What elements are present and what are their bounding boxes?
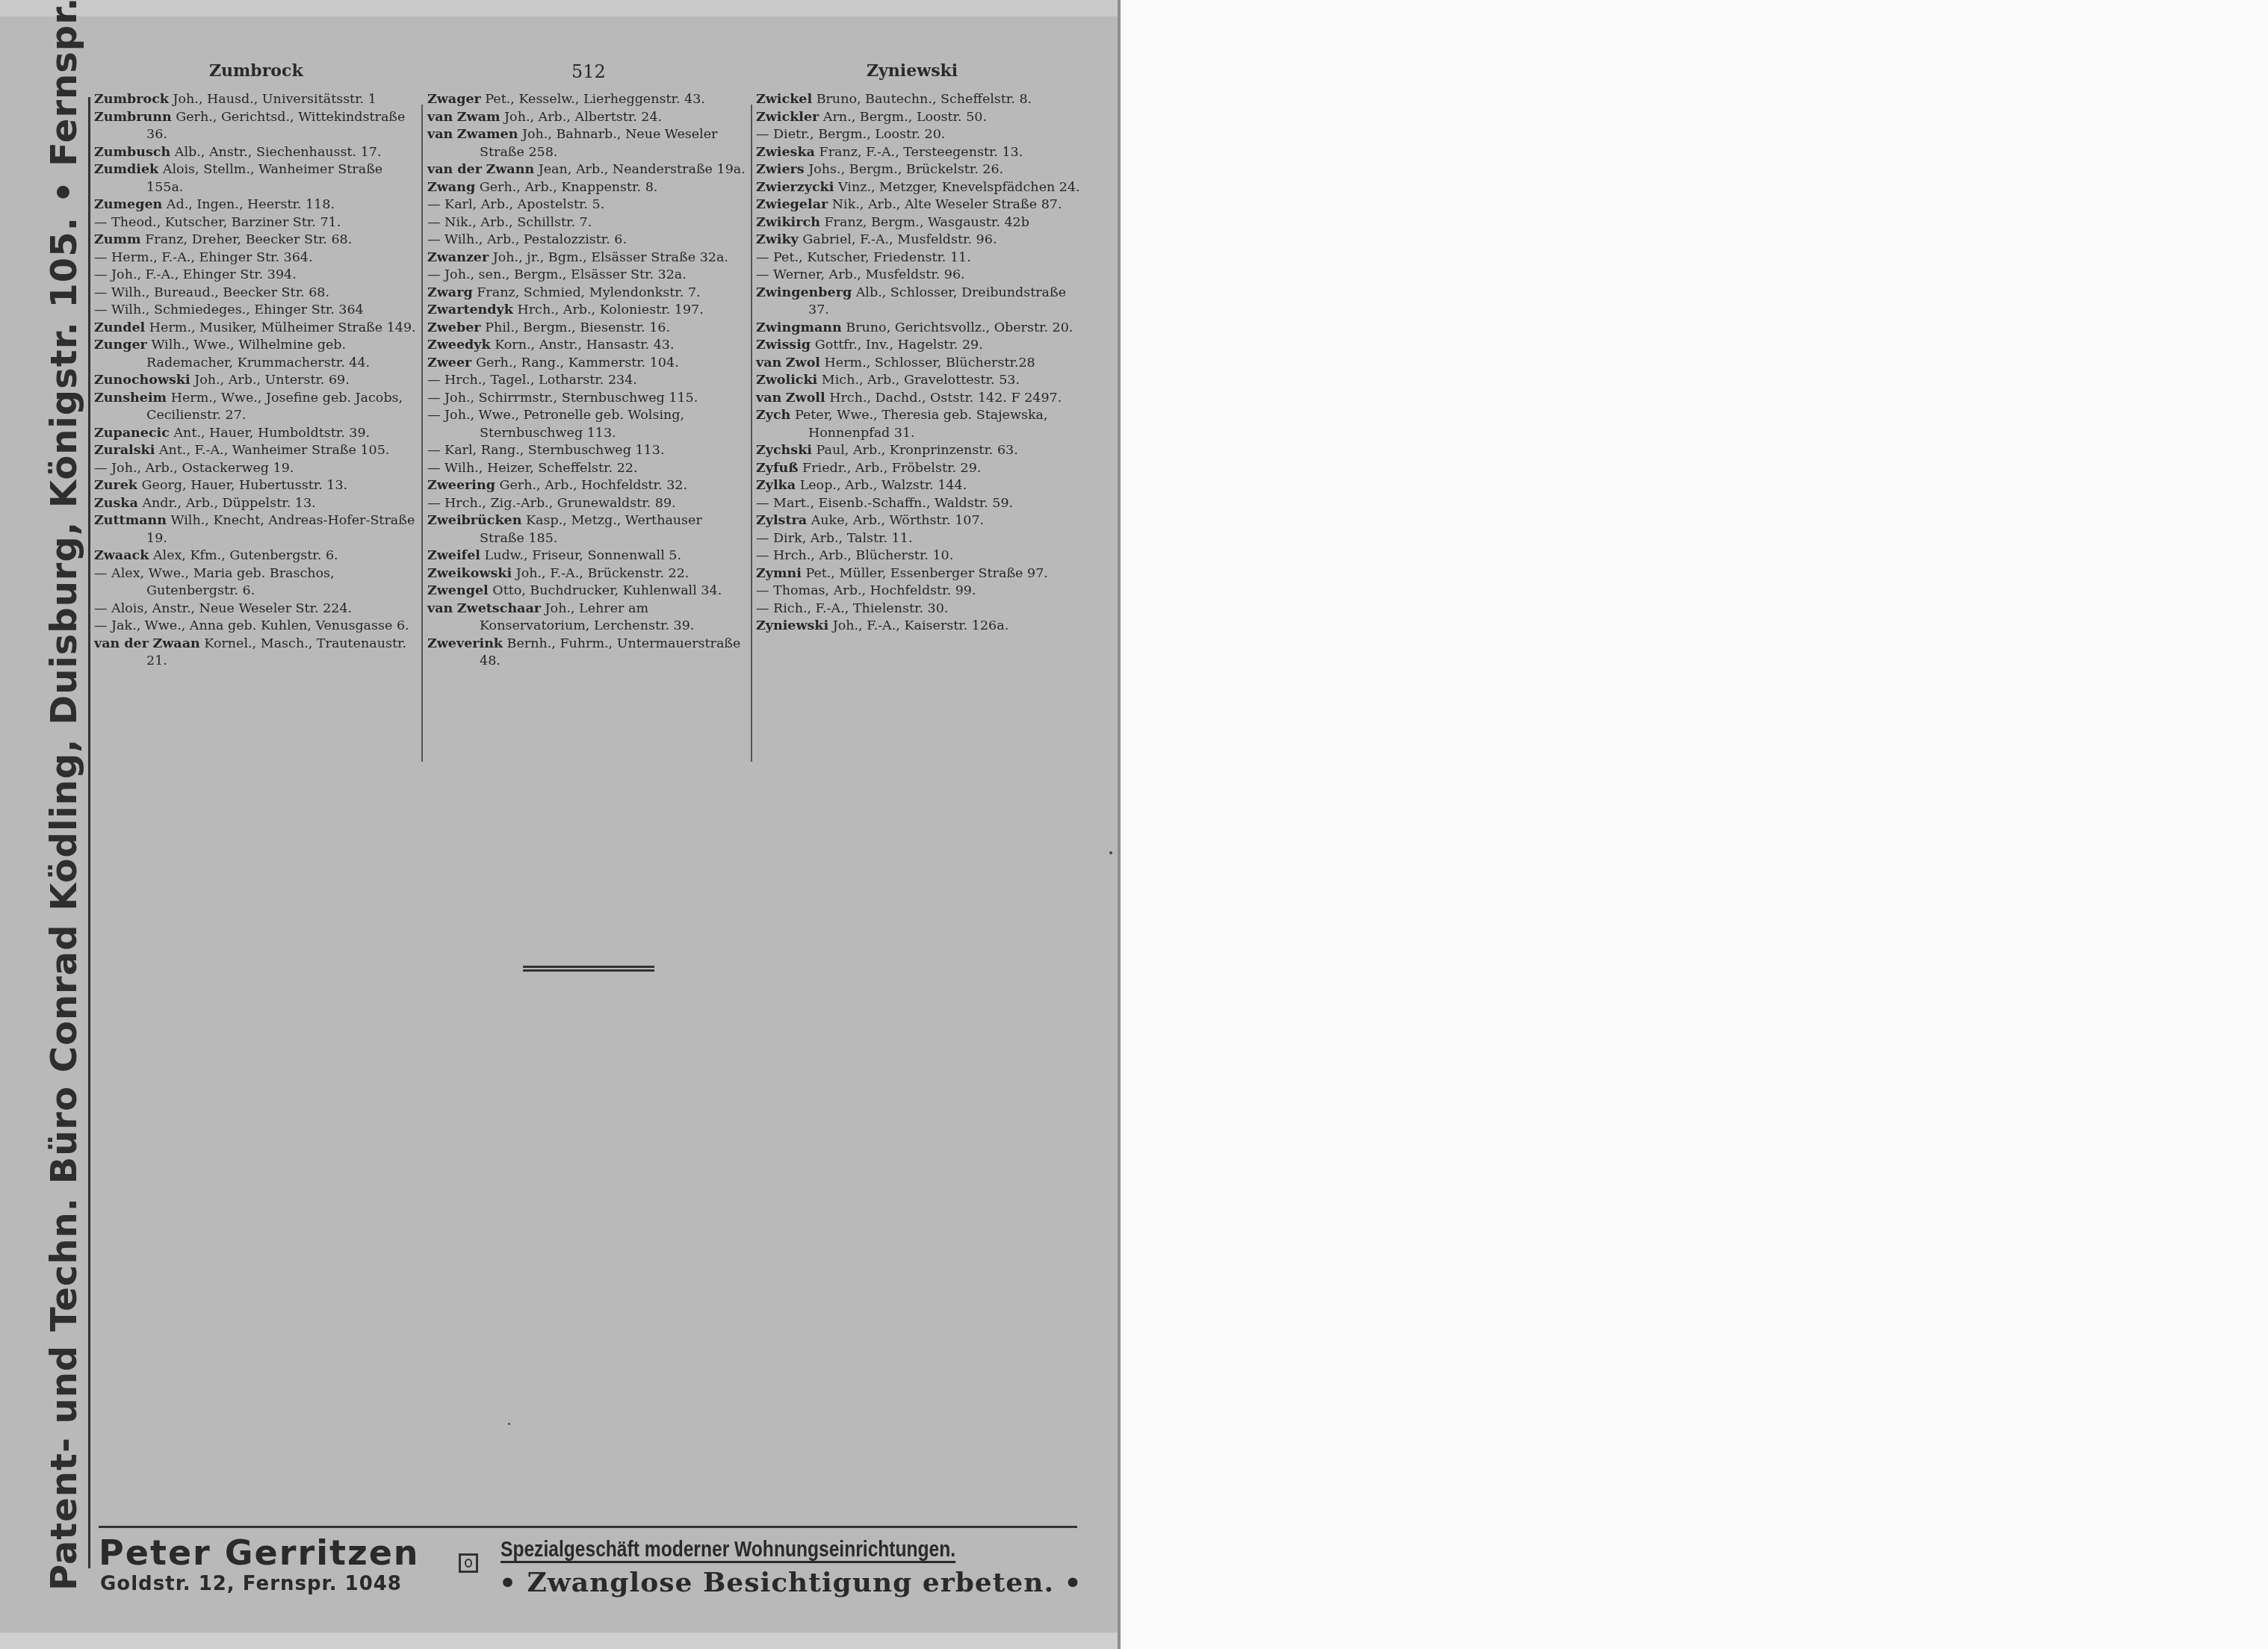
surname: Zumbrunn	[94, 110, 172, 125]
directory-entry: Zwierzycki Vinz., Metzger, Knevelspfädch…	[756, 179, 1085, 197]
advert-address: Goldstr. 12, Fernspr. 1048	[100, 1573, 402, 1595]
surname: Zumbrock	[94, 92, 169, 107]
directory-entry: Zychski Paul, Arb., Kronprinzenstr. 63.	[756, 442, 1085, 460]
surname: Zuralski	[94, 443, 155, 458]
entry-details: Wilh., Knecht, Andreas-Hofer-Straße 19.	[146, 513, 415, 546]
directory-entry: — Hrch., Tagel., Lotharstr. 234.	[427, 372, 749, 390]
entry-details: Georg, Hauer, Hubertusstr. 13.	[142, 478, 348, 493]
entry-details: Pet., Müller, Essenberger Straße 97.	[805, 566, 1047, 581]
entry-details: Pet., Kutscher, Friedenstr. 11.	[773, 250, 971, 265]
entry-details: Joh., Hausd., Universitätsstr. 1	[173, 92, 377, 107]
directory-entry: Zwager Pet., Kesselw., Lierheggenstr. 43…	[427, 91, 749, 109]
directory-entry: — Alois, Anstr., Neue Weseler Str. 224.	[94, 600, 423, 618]
entry-details: Wilh., Bureaud., Beecker Str. 68.	[111, 285, 329, 300]
entry-details: Joh., Arb., Ostackerweg 19.	[111, 461, 294, 476]
directory-entry: Zunger Wilh., Wwe., Wilhelmine geb. Rade…	[94, 337, 423, 372]
surname: Zwiky	[756, 232, 799, 247]
entry-details: Joh., Wwe., Petronelle geb. Wolsing, Ste…	[444, 408, 684, 441]
entry-details: Wilh., Schmiedeges., Ehinger Str. 364	[111, 302, 364, 317]
ditto-dash: —	[94, 302, 108, 317]
entry-details: Dietr., Bergm., Loostr. 20.	[773, 127, 945, 142]
surname: Zych	[756, 408, 790, 423]
directory-entry: Zylstra Auke, Arb., Wörthstr. 107.	[756, 512, 1085, 530]
surname: Zweering	[427, 478, 495, 493]
entry-details: Gerh., Arb., Hochfeldstr. 32.	[500, 478, 687, 493]
ditto-dash: —	[94, 250, 108, 265]
surname: Zylka	[756, 478, 796, 493]
directory-entry: Zweverink Bernh., Fuhrm., Untermauerstra…	[427, 636, 749, 671]
directory-entry: — Dirk, Arb., Talstr. 11.	[756, 530, 1085, 548]
directory-entry: van der Zwann Jean, Arb., Neanderstraße …	[427, 161, 749, 179]
directory-entry: — Jak., Wwe., Anna geb. Kuhlen, Venusgas…	[94, 618, 423, 636]
ditto-dash: —	[94, 566, 108, 581]
entry-details: Franz, Bergm., Wasgaustr. 42b	[824, 215, 1029, 230]
surname: Zwaan	[153, 636, 200, 651]
directory-entry: Zweibrücken Kasp., Metzg., Werthauser St…	[427, 512, 749, 547]
entry-details: Franz, Schmied, Mylendonkstr. 7.	[477, 285, 700, 300]
directory-entry: — Karl, Rang., Sternbuschweg 113.	[427, 442, 749, 460]
ditto-dash: —	[427, 496, 441, 511]
entry-details: Werner, Arb., Musfeldstr. 96.	[773, 267, 965, 282]
entry-details: Paul, Arb., Kronprinzenstr. 63.	[817, 443, 1018, 458]
directory-entry: — Rich., F.-A., Thielenstr. 30.	[756, 600, 1085, 618]
directory-entry: — Wilh., Bureaud., Beecker Str. 68.	[94, 285, 423, 302]
entry-details: Hrch., Arb., Koloniestr. 197.	[517, 302, 703, 317]
page-top-edge	[0, 0, 1118, 16]
directory-entry: — Werner, Arb., Musfeldstr. 96.	[756, 267, 1085, 285]
directory-entry: Zumbrunn Gerh., Gerichtsd., Wittekindstr…	[94, 109, 423, 144]
entry-details: Ludw., Friseur, Sonnenwall 5.	[485, 548, 682, 563]
entry-details: Jak., Wwe., Anna geb. Kuhlen, Venusgasse…	[111, 618, 409, 633]
ditto-dash: —	[756, 548, 769, 563]
entry-details: Herm., Musiker, Mülheimer Straße 149.	[149, 320, 416, 335]
directory-column-2: Zwager Pet., Kesselw., Lierheggenstr. 43…	[427, 91, 749, 671]
directory-entry: Zweer Gerh., Rang., Kammerstr. 104.	[427, 355, 749, 373]
directory-entry: — Wilh., Schmiedeges., Ehinger Str. 364	[94, 302, 423, 320]
entry-details: Joh., jr., Bgm., Elsässer Straße 32a.	[493, 250, 728, 265]
running-head-left: Zumbrock	[209, 61, 303, 81]
directory-entry: van Zwol Herm., Schlosser, Blücherstr.28	[756, 355, 1085, 373]
directory-entry: — Wilh., Arb., Pestalozzistr. 6.	[427, 232, 749, 249]
directory-entry: — Wilh., Heizer, Scheffelstr. 22.	[427, 460, 749, 478]
directory-entry: Zuska Andr., Arb., Düppelstr. 13.	[94, 495, 423, 513]
directory-entry: Zweber Phil., Bergm., Biesenstr. 16.	[427, 320, 749, 338]
directory-entry: Zwikirch Franz, Bergm., Wasgaustr. 42b	[756, 214, 1085, 232]
entry-details: Phil., Bergm., Biesenstr. 16.	[485, 320, 670, 335]
ditto-dash: —	[94, 601, 108, 616]
advert-company-name: Peter Gerritzen	[99, 1532, 420, 1573]
column-divider	[751, 105, 752, 762]
directory-entry: Zumdiek Alois, Stellm., Wanheimer Straße…	[94, 161, 423, 196]
advert-logo-icon	[459, 1553, 478, 1573]
directory-entry: Zyfuß Friedr., Arb., Fröbelstr. 29.	[756, 460, 1085, 478]
entry-details: Gottfr., Inv., Hagelstr. 29.	[815, 338, 983, 353]
directory-entry: — Thomas, Arb., Hochfeldstr. 99.	[756, 583, 1085, 600]
directory-entry: Zwickler Arn., Bergm., Loostr. 50.	[756, 109, 1085, 127]
ditto-dash: —	[427, 373, 441, 388]
directory-entry: — Dietr., Bergm., Loostr. 20.	[756, 126, 1085, 144]
directory-entry: Zwolicki Mich., Arb., Gravelottestr. 53.	[756, 372, 1085, 390]
directory-entry: Zuttmann Wilh., Knecht, Andreas-Hofer-St…	[94, 512, 423, 547]
directory-entry: van Zwam Joh., Arb., Albertstr. 24.	[427, 109, 749, 127]
directory-entry: — Alex, Wwe., Maria geb. Braschos, Guten…	[94, 565, 423, 600]
directory-entry: Zwengel Otto, Buchdrucker, Kuhlenwall 34…	[427, 583, 749, 600]
directory-entry: Zych Peter, Wwe., Theresia geb. Stajewsk…	[756, 407, 1085, 442]
ditto-dash: —	[427, 408, 441, 423]
directory-entry: — Joh., F.-A., Ehinger Str. 394.	[94, 267, 423, 285]
entry-details: Gerh., Gerichtsd., Wittekindstraße 36.	[146, 110, 405, 143]
ditto-dash: —	[94, 267, 108, 282]
directory-entry: — Mart., Eisenb.-Schaffn., Waldstr. 59.	[756, 495, 1085, 513]
ditto-dash: —	[756, 250, 769, 265]
entry-details: Wilh., Arb., Pestalozzistr. 6.	[444, 232, 627, 247]
ditto-dash: —	[756, 531, 769, 546]
entry-details: Theod., Kutscher, Barziner Str. 71.	[111, 215, 341, 230]
directory-entry: — Hrch., Arb., Blücherstr. 10.	[756, 547, 1085, 565]
directory-entry: — Hrch., Zig.-Arb., Grunewaldstr. 89.	[427, 495, 749, 513]
margin-advert: Patent- und Techn. Büro Conrad Ködling, …	[43, 97, 85, 1591]
surname: Zundel	[94, 320, 145, 335]
margin-rule	[88, 97, 90, 1568]
entry-details: Arn., Bergm., Loostr. 50.	[823, 110, 987, 125]
entry-details: Thomas, Arb., Hochfeldstr. 99.	[773, 583, 976, 598]
surname: Zwaack	[94, 548, 149, 563]
surname: Zupanecic	[94, 426, 170, 441]
entry-details: Vinz., Metzger, Knevelspfädchen 24.	[838, 180, 1080, 195]
directory-entry: Zylka Leop., Arb., Walzstr. 144.	[756, 477, 1085, 495]
surname: Zweber	[427, 320, 481, 335]
entry-details: Andr., Arb., Düppelstr. 13.	[142, 496, 315, 511]
surname: Zwartendyk	[427, 302, 513, 317]
entry-details: Johs., Bergm., Brückelstr. 26.	[808, 162, 1003, 177]
surname: Zwolicki	[756, 373, 817, 388]
name-prefix: van	[427, 601, 453, 616]
entry-details: Karl, Rang., Sternbuschweg 113.	[444, 443, 664, 458]
directory-entry: Zyniewski Joh., F.-A., Kaiserstr. 126a.	[756, 618, 1085, 636]
surname: Zwam	[457, 110, 501, 125]
entry-details: Karl, Arb., Apostelstr. 5.	[444, 197, 604, 212]
entry-details: Bruno, Gerichtsvollz., Oberstr. 20.	[846, 320, 1073, 335]
entry-details: Franz, F.-A., Tersteegenstr. 13.	[819, 145, 1023, 160]
surname: Zweibrücken	[427, 513, 521, 528]
directory-entry: — Joh., Wwe., Petronelle geb. Wolsing, S…	[427, 407, 749, 442]
entry-details: Bernh., Fuhrm., Untermauerstraße 48.	[480, 636, 740, 669]
directory-entry: Zymni Pet., Müller, Essenberger Straße 9…	[756, 565, 1085, 583]
scan-speck	[508, 1423, 510, 1425]
ditto-dash: —	[427, 232, 441, 247]
ditto-dash: —	[94, 285, 108, 300]
entry-details: Nik., Arb., Schillstr. 7.	[444, 215, 592, 230]
entry-details: Gerh., Rang., Kammerstr. 104.	[476, 355, 679, 370]
ditto-dash: —	[427, 443, 441, 458]
entry-details: Rich., F.-A., Thielenstr. 30.	[773, 601, 948, 616]
entry-details: Ant., F.-A., Wanheimer Straße 105.	[159, 443, 390, 458]
surname: Zweifel	[427, 548, 480, 563]
advert-tagline: Spezialgeschäft moderner Wohnungseinrich…	[501, 1537, 955, 1562]
directory-entry: Zweikowski Joh., F.-A., Brückenstr. 22.	[427, 565, 749, 583]
entry-details: Auke, Arb., Wörthstr. 107.	[811, 513, 984, 528]
entry-details: Alex, Kfm., Gutenbergstr. 6.	[153, 548, 338, 563]
advert-top-rule	[99, 1526, 1077, 1528]
page-number: 512	[571, 61, 606, 82]
name-prefix: van	[756, 391, 781, 406]
surname: Zunsheim	[94, 391, 167, 406]
ditto-dash: —	[427, 267, 441, 282]
entry-details: Hrch., Tagel., Lotharstr. 234.	[444, 373, 637, 388]
ditto-dash: —	[756, 583, 769, 598]
surname: Zyfuß	[756, 461, 799, 476]
surname: Zuttmann	[94, 513, 167, 528]
surname: Zyniewski	[756, 618, 828, 633]
entry-details: Hrch., Dachd., Oststr. 142. F 2497.	[829, 391, 1062, 406]
entry-details: Hrch., Arb., Blücherstr. 10.	[773, 548, 953, 563]
directory-entry: — Theod., Kutscher, Barziner Str. 71.	[94, 214, 423, 232]
surname: Zweedyk	[427, 338, 491, 353]
entry-details: Ant., Hauer, Humboldtstr. 39.	[173, 426, 370, 441]
directory-entry: Zweedyk Korn., Anstr., Hansastr. 43.	[427, 337, 749, 355]
ditto-dash: —	[427, 197, 441, 212]
surname: Zweverink	[427, 636, 503, 651]
surname: Zwager	[427, 92, 481, 107]
ditto-dash: —	[427, 391, 441, 406]
directory-entry: Zwang Gerh., Arb., Knappenstr. 8.	[427, 179, 749, 197]
directory-entry: van Zwetschaar Joh., Lehrer am Konservat…	[427, 600, 749, 636]
surname: Zwissig	[756, 338, 811, 353]
entry-details: Bruno, Bautechn., Scheffelstr. 8.	[817, 92, 1032, 107]
surname: Zurek	[94, 478, 137, 493]
ditto-dash: —	[427, 215, 441, 230]
surname: Zwetschaar	[457, 601, 541, 616]
entry-details: Peter, Wwe., Theresia geb. Stajewska, Ho…	[795, 408, 1048, 441]
entry-details: Alb., Anstr., Siechenhausst. 17.	[175, 145, 382, 160]
ditto-dash: —	[94, 461, 108, 476]
ditto-dash: —	[94, 215, 108, 230]
directory-column-1: Zumbrock Joh., Hausd., Universitätsstr. …	[94, 91, 423, 671]
entry-details: Otto, Buchdrucker, Kuhlenwall 34.	[492, 583, 722, 598]
directory-entry: Zweering Gerh., Arb., Hochfeldstr. 32.	[427, 477, 749, 495]
surname: Zwoll	[786, 391, 825, 406]
entry-details: Korn., Anstr., Hansastr. 43.	[495, 338, 674, 353]
ditto-dash: —	[756, 601, 769, 616]
entry-details: Nik., Arb., Alte Weseler Straße 87.	[832, 197, 1062, 212]
ditto-dash: —	[756, 496, 769, 511]
scanned-page: Patent- und Techn. Büro Conrad Ködling, …	[0, 0, 1121, 1649]
entry-details: Mart., Eisenb.-Schaffn., Waldstr. 59.	[773, 496, 1013, 511]
name-prefix: van der	[427, 162, 482, 177]
directory-entry: Zumbrock Joh., Hausd., Universitätsstr. …	[94, 91, 423, 109]
directory-entry: van Zwamen Joh., Bahnarb., Neue Weseler …	[427, 126, 749, 161]
directory-entry: Zwickel Bruno, Bautechn., Scheffelstr. 8…	[756, 91, 1085, 109]
directory-entry: Zumm Franz, Dreher, Beecker Str. 68.	[94, 232, 423, 249]
directory-entry: — Nik., Arb., Schillstr. 7.	[427, 214, 749, 232]
directory-entry: Zundel Herm., Musiker, Mülheimer Straße …	[94, 320, 423, 338]
directory-entry: Zwiky Gabriel, F.-A., Musfeldstr. 96.	[756, 232, 1085, 249]
surname: Zwikirch	[756, 215, 820, 230]
surname: Zuska	[94, 496, 138, 511]
directory-entry: Zwanzer Joh., jr., Bgm., Elsässer Straße…	[427, 249, 749, 267]
entry-details: Joh., F.-A., Kaiserstr. 126a.	[833, 618, 1009, 633]
directory-entry: — Joh., Arb., Ostackerweg 19.	[94, 460, 423, 478]
entry-details: Wilh., Wwe., Wilhelmine geb. Rademacher,…	[146, 338, 370, 370]
surname: Zwieska	[756, 145, 815, 160]
surname: Zumegen	[94, 197, 162, 212]
directory-entry: Zwarg Franz, Schmied, Mylendonkstr. 7.	[427, 285, 749, 302]
entry-details: Herm., Wwe., Josefine geb. Jacobs, Cecil…	[146, 391, 403, 423]
name-prefix: van der	[94, 636, 149, 651]
surname: Zwickel	[756, 92, 812, 107]
entry-details: Alois, Anstr., Neue Weseler Str. 224.	[111, 601, 352, 616]
surname: Zychski	[756, 443, 812, 458]
running-head-right: Zyniewski	[867, 61, 958, 81]
directory-entry: — Joh., sen., Bergm., Elsässer Str. 32a.	[427, 267, 749, 285]
directory-entry: Zwingmann Bruno, Gerichtsvollz., Oberstr…	[756, 320, 1085, 338]
directory-entry: van der Zwaan Kornel., Masch., Trautenau…	[94, 636, 423, 671]
ditto-dash: —	[756, 127, 769, 142]
entry-details: Alex, Wwe., Maria geb. Braschos, Gutenbe…	[111, 566, 335, 599]
entry-details: Friedr., Arb., Fröbelstr. 29.	[802, 461, 981, 476]
directory-entry: Zuralski Ant., F.-A., Wanheimer Straße 1…	[94, 442, 423, 460]
section-end-double-rule	[523, 966, 654, 972]
directory-entry: — Herm., F.-A., Ehinger Str. 364.	[94, 249, 423, 267]
surname: Zwingenberg	[756, 285, 852, 300]
entry-details: Mich., Arb., Gravelottestr. 53.	[822, 373, 1020, 388]
directory-entry: — Pet., Kutscher, Friedenstr. 11.	[756, 249, 1085, 267]
entry-details: Joh., sen., Bergm., Elsässer Str. 32a.	[444, 267, 687, 282]
directory-entry: Zunochowski Joh., Arb., Unterstr. 69.	[94, 372, 423, 390]
surname: Zwarg	[427, 285, 473, 300]
entry-details: Joh., Arb., Albertstr. 24.	[504, 110, 662, 125]
entry-details: Joh., Schirrmstr., Sternbuschweg 115.	[444, 391, 698, 406]
entry-details: Gabriel, F.-A., Musfeldstr. 96.	[802, 232, 997, 247]
ditto-dash: —	[427, 461, 441, 476]
entry-details: Hrch., Zig.-Arb., Grunewaldstr. 89.	[444, 496, 676, 511]
surname: Zymni	[756, 566, 802, 581]
directory-entry: Zwiegelar Nik., Arb., Alte Weseler Straß…	[756, 196, 1085, 214]
entry-details: Joh., Arb., Unterstr. 69.	[194, 373, 350, 388]
directory-entry: Zweifel Ludw., Friseur, Sonnenwall 5.	[427, 547, 749, 565]
directory-entry: Zwiers Johs., Bergm., Brückelstr. 26.	[756, 161, 1085, 179]
directory-entry: Zwissig Gottfr., Inv., Hagelstr. 29.	[756, 337, 1085, 355]
surname: Zumdiek	[94, 162, 158, 177]
surname: Zylstra	[756, 513, 807, 528]
surname: Zwickler	[756, 110, 819, 125]
name-prefix: van	[427, 110, 453, 125]
entry-details: Wilh., Heizer, Scheffelstr. 22.	[444, 461, 637, 476]
scan-speck	[1109, 851, 1112, 854]
directory-entry: Zwingenberg Alb., Schlosser, Dreibundstr…	[756, 285, 1085, 320]
directory-entry: — Karl, Arb., Apostelstr. 5.	[427, 196, 749, 214]
entry-details: Herm., F.-A., Ehinger Str. 364.	[111, 250, 312, 265]
directory-entry: Zwieska Franz, F.-A., Tersteegenstr. 13.	[756, 144, 1085, 162]
surname: Zunger	[94, 338, 147, 353]
surname: Zwang	[427, 180, 475, 195]
entry-details: Dirk, Arb., Talstr. 11.	[773, 531, 912, 546]
entry-details: Jean, Arb., Neanderstraße 19a.	[539, 162, 746, 177]
entry-details: Joh., F.-A., Brückenstr. 22.	[516, 566, 690, 581]
page-bottom-edge	[0, 1633, 1118, 1649]
entry-details: Joh., F.-A., Ehinger Str. 394.	[111, 267, 297, 282]
entry-details: Alois, Stellm., Wanheimer Straße 155a.	[146, 162, 382, 195]
directory-column-3: Zwickel Bruno, Bautechn., Scheffelstr. 8…	[756, 91, 1085, 636]
surname: Zwierzycki	[756, 180, 834, 195]
surname: Zumm	[94, 232, 141, 247]
advert-invitation: • Zwanglose Besichtigung erbeten. •	[499, 1567, 1082, 1598]
entry-details: Franz, Dreher, Beecker Str. 68.	[145, 232, 352, 247]
entry-details: Ad., Ingen., Heerstr. 118.	[167, 197, 335, 212]
directory-entry: Zumbusch Alb., Anstr., Siechenhausst. 17…	[94, 144, 423, 162]
directory-entry: van Zwoll Hrch., Dachd., Oststr. 142. F …	[756, 390, 1085, 408]
entry-details: Herm., Schlosser, Blücherstr.28	[825, 355, 1035, 370]
directory-entry: Zwartendyk Hrch., Arb., Koloniestr. 197.	[427, 302, 749, 320]
directory-entry: Zurek Georg, Hauer, Hubertusstr. 13.	[94, 477, 423, 495]
entry-details: Gerh., Arb., Knappenstr. 8.	[480, 180, 658, 195]
entry-details: Leop., Arb., Walzstr. 144.	[800, 478, 967, 493]
surname: Zwiegelar	[756, 197, 828, 212]
name-prefix: van	[756, 355, 781, 370]
surname: Zunochowski	[94, 373, 190, 388]
ditto-dash: —	[756, 267, 769, 282]
directory-entry: Zupanecic Ant., Hauer, Humboldtstr. 39.	[94, 425, 423, 443]
directory-entry: Zwaack Alex, Kfm., Gutenbergstr. 6.	[94, 547, 423, 565]
surname: Zwanzer	[427, 250, 489, 265]
surname: Zwiers	[756, 162, 805, 177]
surname: Zumbusch	[94, 145, 170, 160]
surname: Zwengel	[427, 583, 489, 598]
surname: Zwol	[786, 355, 820, 370]
entry-details: Pet., Kesselw., Lierheggenstr. 43.	[485, 92, 705, 107]
surname: Zweikowski	[427, 566, 512, 581]
surname: Zwamen	[457, 127, 518, 142]
name-prefix: van	[427, 127, 453, 142]
directory-entry: Zunsheim Herm., Wwe., Josefine geb. Jaco…	[94, 390, 423, 425]
directory-entry: Zumegen Ad., Ingen., Heerstr. 118.	[94, 196, 423, 214]
surname: Zwingmann	[756, 320, 842, 335]
ditto-dash: —	[94, 618, 108, 633]
directory-entry: — Joh., Schirrmstr., Sternbuschweg 115.	[427, 390, 749, 408]
surname: Zwann	[486, 162, 535, 177]
surname: Zweer	[427, 355, 471, 370]
